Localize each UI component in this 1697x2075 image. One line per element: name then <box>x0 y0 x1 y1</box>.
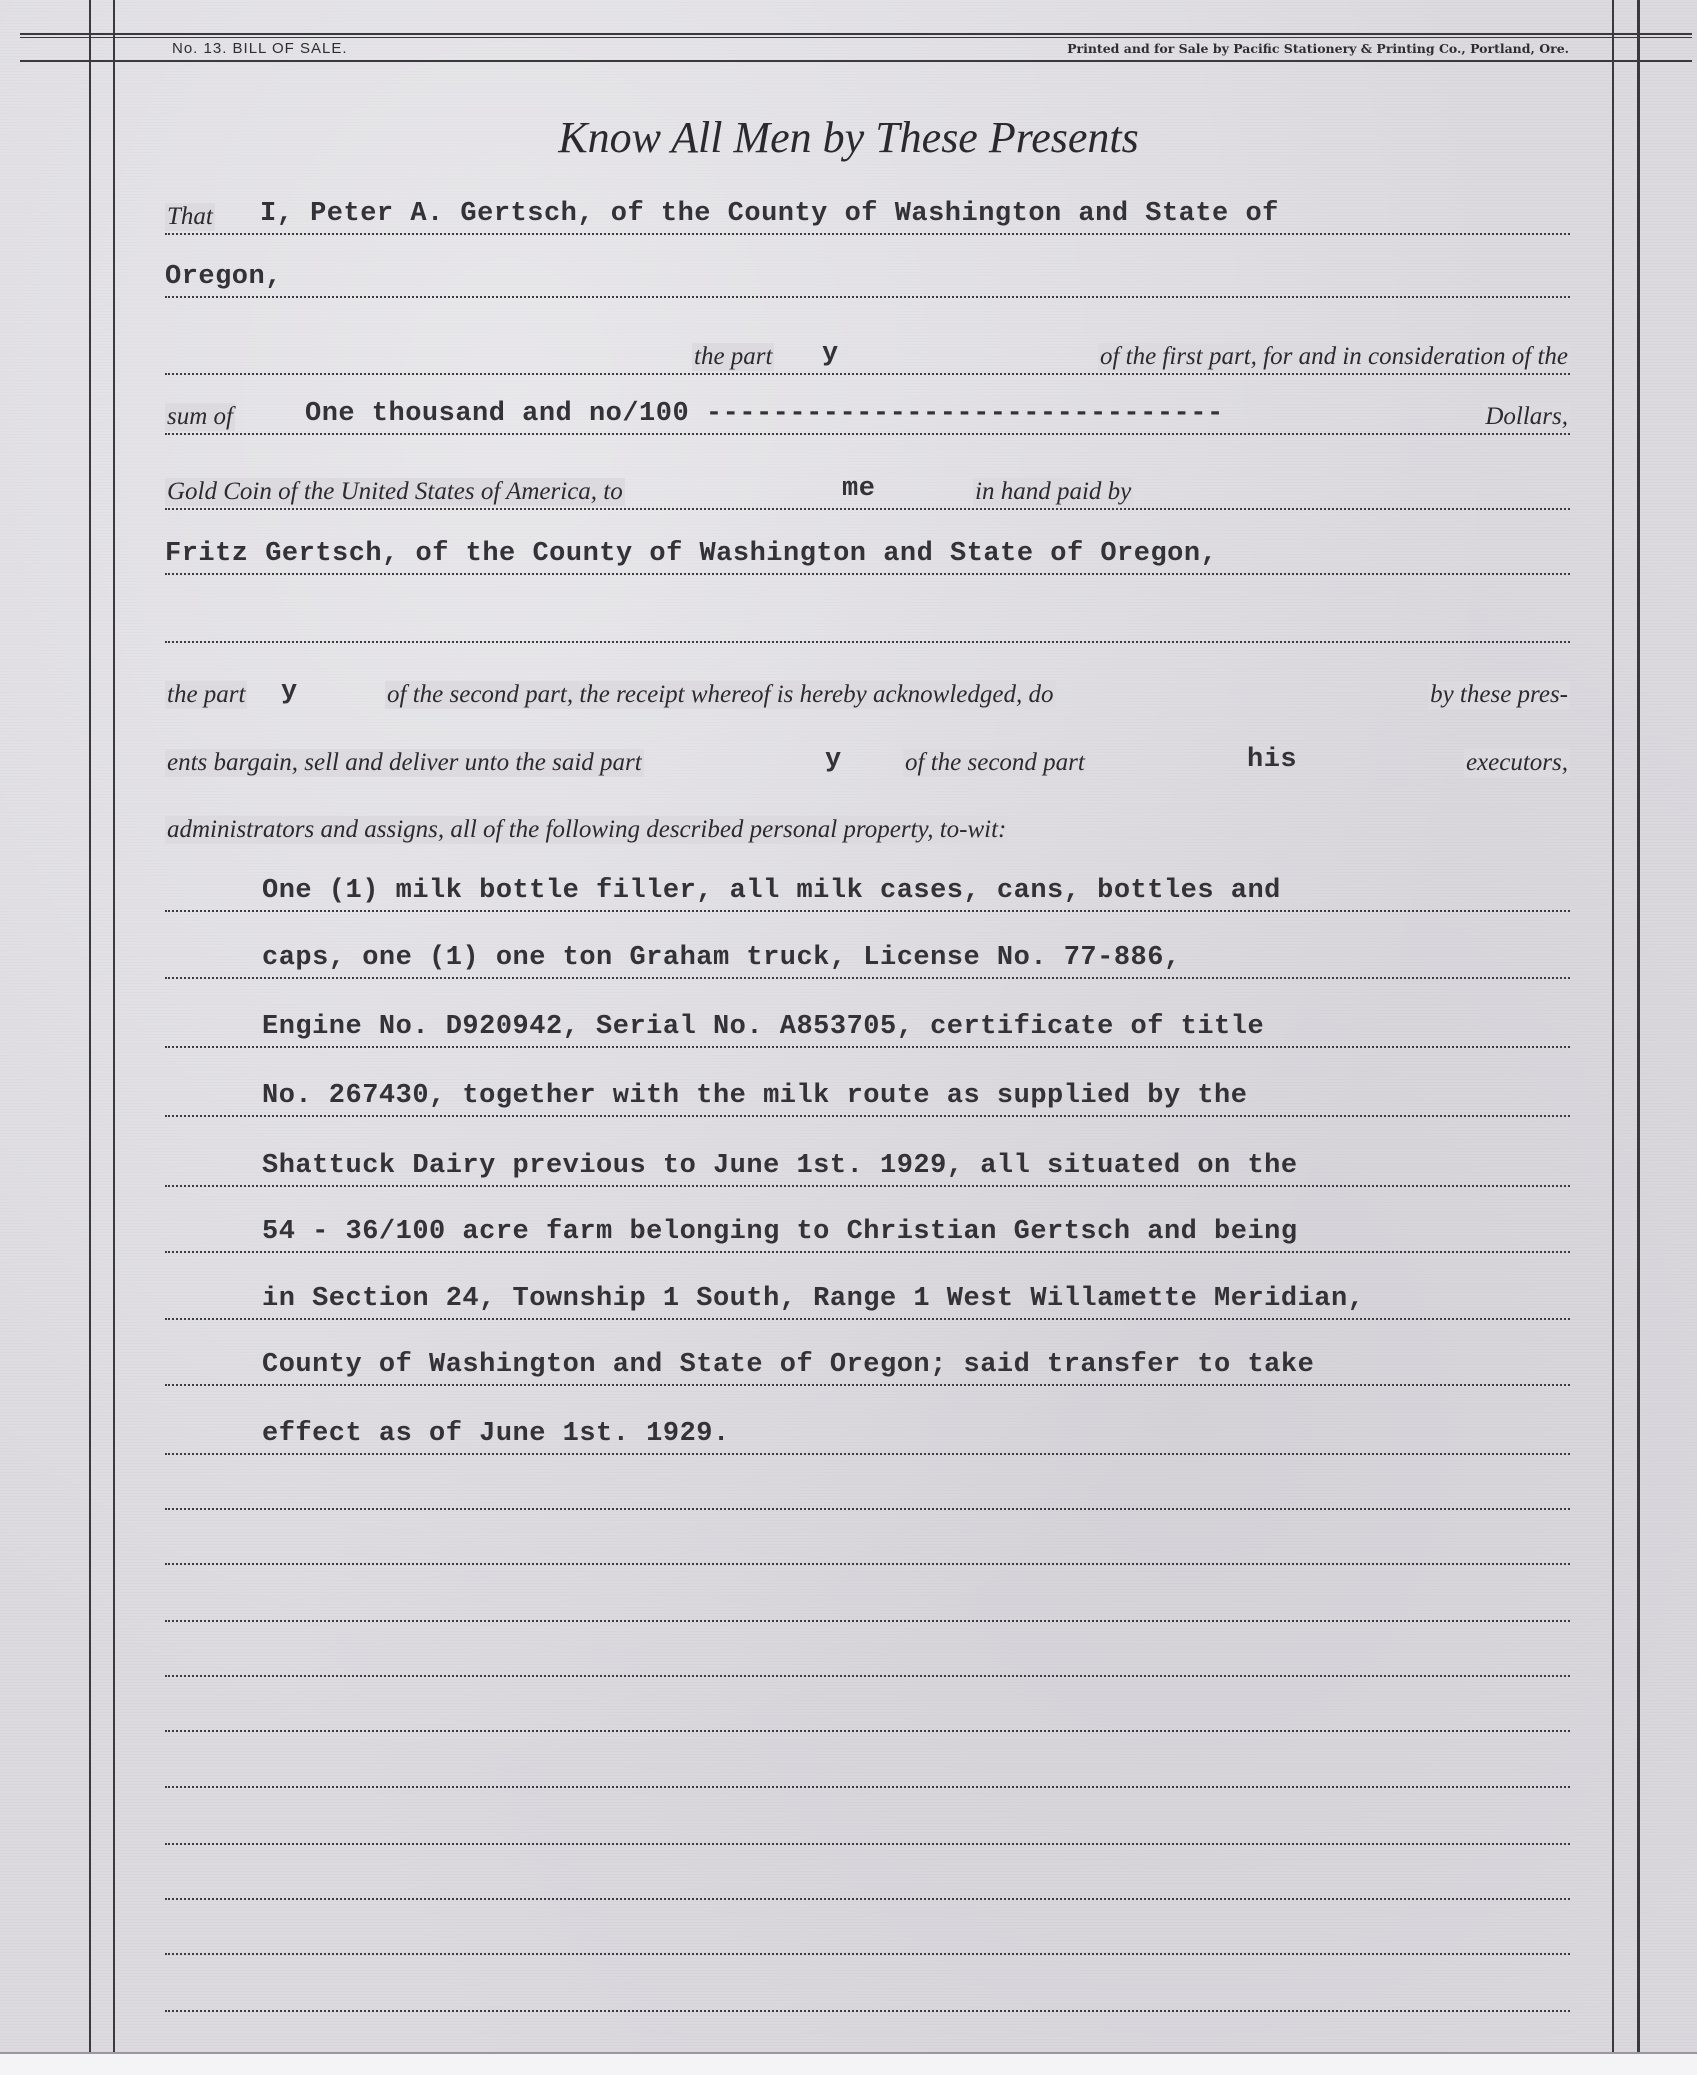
sum-of-label: sum of <box>165 403 235 431</box>
right-border-outer <box>1637 0 1640 2052</box>
description-text: County of Washington and State of Oregon… <box>262 1350 1314 1380</box>
scan-edge <box>0 2052 1697 2075</box>
receipt-acknowledged-label: of the second part, the receipt whereof … <box>385 681 1056 709</box>
printer-credit: Printed and for Sale by Pacific Statione… <box>1067 41 1569 56</box>
the-part-label: the part <box>692 343 774 371</box>
description-text: No. 267430, together with the milk route… <box>262 1081 1247 1111</box>
blank-line <box>165 1525 1570 1565</box>
assigns-line: administrators and assigns, all of the f… <box>165 808 1570 848</box>
description-text: One (1) milk bottle filler, all milk cas… <box>262 876 1281 906</box>
description-text: in Section 24, Township 1 South, Range 1… <box>262 1284 1364 1314</box>
grantor-line: That I, Peter A. Gertsch, of the County … <box>165 195 1570 235</box>
blank-line <box>165 1972 1570 2012</box>
description-line: caps, one (1) one ton Graham truck, Lice… <box>165 939 1570 979</box>
description-line: No. 267430, together with the milk route… <box>165 1077 1570 1117</box>
bargain-sell-label: ents bargain, sell and deliver unto the … <box>165 749 644 777</box>
pronoun-field: his <box>1247 745 1297 775</box>
that-label: That <box>165 203 215 231</box>
description-text: 54 - 36/100 acre farm belonging to Chris… <box>262 1217 1298 1247</box>
blank-line <box>165 1692 1570 1732</box>
right-border-inner <box>1612 0 1614 2052</box>
blank-line <box>165 1860 1570 1900</box>
description-line: in Section 24, Township 1 South, Range 1… <box>165 1280 1570 1320</box>
description-text: Shattuck Dairy previous to June 1st. 192… <box>262 1151 1298 1181</box>
second-party-plural-field-2: y <box>825 745 842 775</box>
sum-field: One thousand and no/100 ----------------… <box>305 399 1224 429</box>
blank-line <box>165 1805 1570 1845</box>
description-line: Shattuck Dairy previous to June 1st. 192… <box>165 1147 1570 1187</box>
blank-line <box>165 1637 1570 1677</box>
first-part-line: the part y of the first part, for and in… <box>165 335 1570 375</box>
header-rule-top <box>20 33 1692 35</box>
by-these-presents-label: by these pres- <box>1428 681 1570 709</box>
paid-to-field: me <box>842 474 875 504</box>
gold-coin-label: Gold Coin of the United States of Americ… <box>165 478 625 506</box>
first-part-consideration-label: of the first part, for and in considerat… <box>1098 343 1570 371</box>
paid-to-line: Gold Coin of the United States of Americ… <box>165 470 1570 510</box>
blank-line <box>165 1582 1570 1622</box>
to-wit-label: administrators and assigns, all of the f… <box>165 816 1008 844</box>
dollars-label: Dollars, <box>1483 403 1570 431</box>
description-text: caps, one (1) one ton Graham truck, Lice… <box>262 943 1181 973</box>
description-text: Engine No. D920942, Serial No. A853705, … <box>262 1012 1264 1042</box>
blank-line <box>165 1470 1570 1510</box>
left-border-outer <box>89 0 91 2052</box>
sum-line: sum of One thousand and no/100 ---------… <box>165 395 1570 435</box>
blank-line <box>165 1915 1570 1955</box>
executors-label: executors, <box>1464 749 1570 777</box>
grantor-line-2: Oregon, <box>165 258 1570 298</box>
header-rule-top-thin <box>20 37 1692 38</box>
grantor-field-cont: Oregon, <box>165 262 282 292</box>
grantee-line: Fritz Gertsch, of the County of Washingt… <box>165 535 1570 575</box>
first-party-plural-field: y <box>822 339 839 369</box>
description-line: County of Washington and State of Oregon… <box>165 1346 1570 1386</box>
header-rule-bottom <box>20 60 1692 62</box>
of-second-part-label: of the second part <box>903 749 1087 777</box>
grantor-field: I, Peter A. Gertsch, of the County of Wa… <box>260 199 1279 229</box>
description-line: Engine No. D920942, Serial No. A853705, … <box>165 1008 1570 1048</box>
grantee-line-2 <box>165 603 1570 643</box>
description-text: effect as of June 1st. 1929. <box>262 1419 730 1449</box>
grantee-field: Fritz Gertsch, of the County of Washingt… <box>165 539 1217 569</box>
second-party-plural-field: y <box>281 677 298 707</box>
left-border-inner <box>113 0 115 2052</box>
blank-line <box>165 1748 1570 1788</box>
description-line: effect as of June 1st. 1929. <box>165 1415 1570 1455</box>
document-title: Know All Men by These Presents <box>0 112 1697 163</box>
second-part-line: the part y of the second part, the recei… <box>165 673 1570 713</box>
deliver-line: ents bargain, sell and deliver unto the … <box>165 741 1570 781</box>
in-hand-paid-by-label: in hand paid by <box>973 478 1133 506</box>
description-line: One (1) milk bottle filler, all milk cas… <box>165 872 1570 912</box>
the-part-second-label: the part <box>165 681 247 709</box>
form-number: No. 13. BILL OF SALE. <box>172 40 348 57</box>
description-line: 54 - 36/100 acre farm belonging to Chris… <box>165 1213 1570 1253</box>
